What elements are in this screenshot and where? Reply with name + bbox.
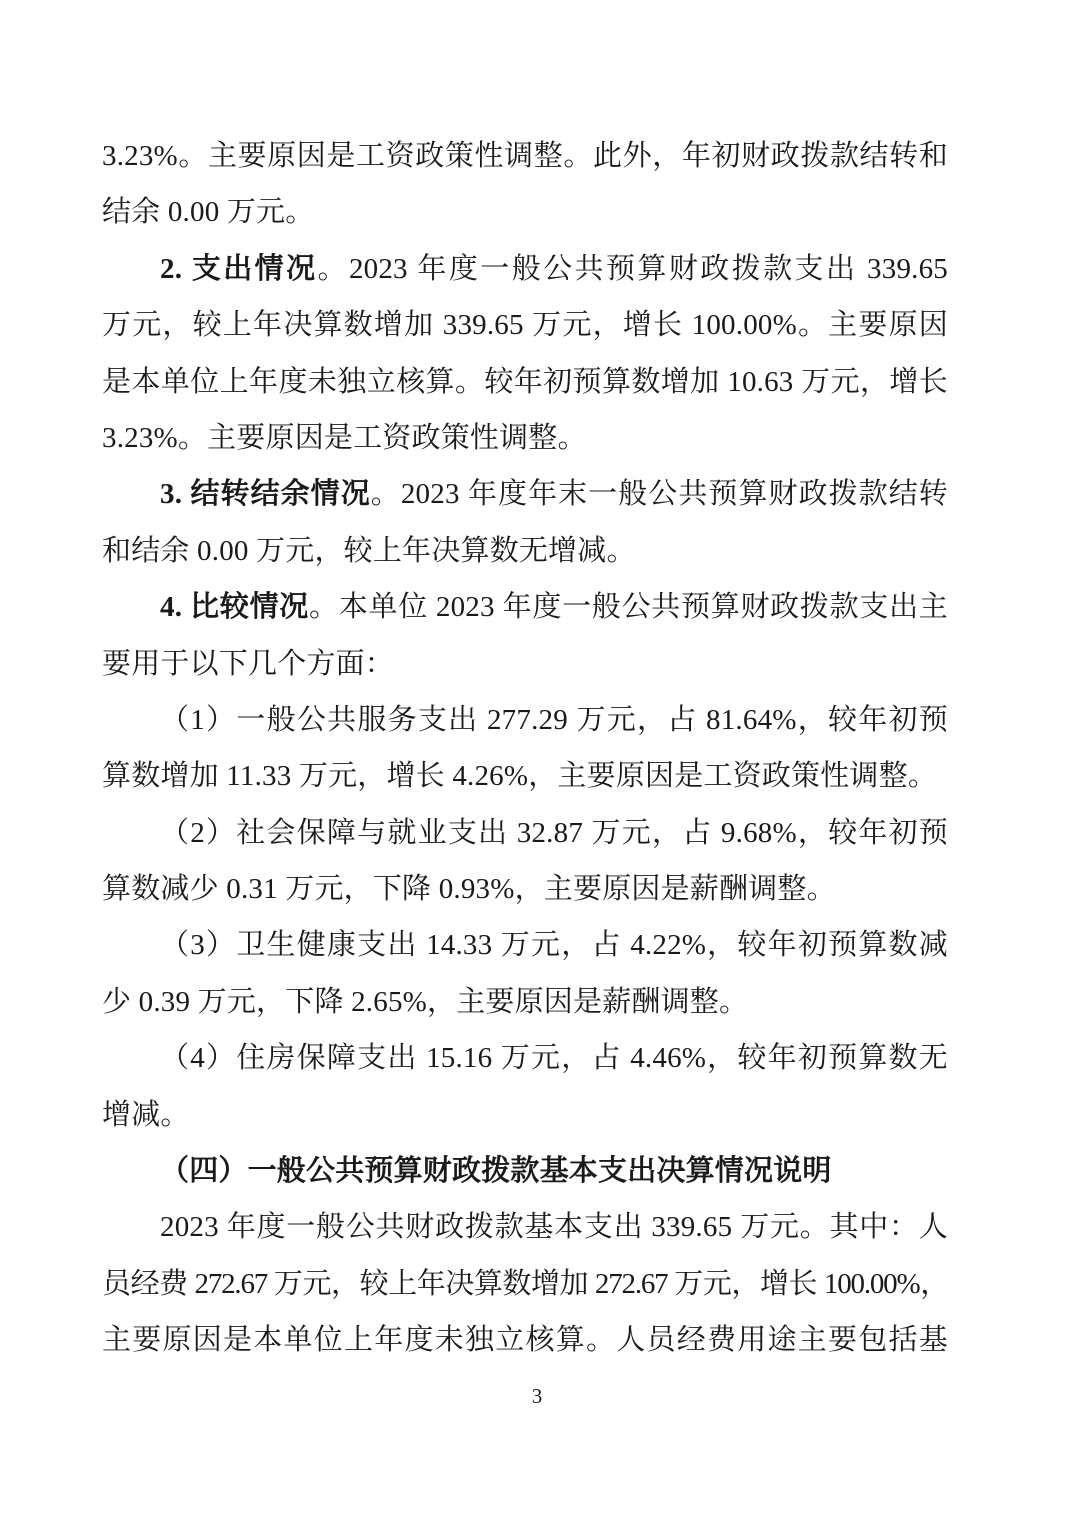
text-segment: 万元，较上年决算数增加 339.65 万元，增长 100.00%。主要原因: [102, 309, 948, 341]
text-segment: 员经费 272.67 万元，较上年决算数增加 272.67 万元，增长 100.…: [102, 1268, 948, 1300]
text-segment: 要用于以下几个方面：: [102, 648, 394, 680]
text-segment: 。本单位 2023 年度一般公共预算财政拨款支出主: [309, 591, 948, 623]
document-line: （1）一般公共服务支出 277.29 万元，占 81.64%，较年初预: [102, 692, 948, 748]
page-number: 3: [0, 1384, 1074, 1408]
document-line: 增减。: [102, 1087, 948, 1143]
text-segment: （4）住房保障支出 15.16 万元，占 4.46%，较年初预算数无: [160, 1042, 948, 1074]
text-segment: 3.23%。主要原因是工资政策性调整。: [102, 422, 587, 454]
document-body: 3.23%。主要原因是工资政策性调整。此外，年初财政拨款结转和结余 0.00 万…: [102, 128, 948, 1369]
document-line: 2. 支出情况。2023 年度一般公共预算财政拨款支出 339.65: [102, 241, 948, 297]
document-line: 3. 结转结余情况。2023 年度年末一般公共预算财政拨款结转: [102, 466, 948, 522]
document-line: 少 0.39 万元，下降 2.65%，主要原因是薪酬调整。: [102, 974, 948, 1030]
document-line: （四）一般公共预算财政拨款基本支出决算情况说明: [102, 1143, 948, 1199]
document-line: 要用于以下几个方面：: [102, 636, 948, 692]
text-segment: 主要原因是本单位上年度未独立核算。人员经费用途主要包括基: [102, 1324, 948, 1356]
document-line: 结余 0.00 万元。: [102, 184, 948, 240]
document-line: （4）住房保障支出 15.16 万元，占 4.46%，较年初预算数无: [102, 1030, 948, 1086]
text-segment: 少 0.39 万元，下降 2.65%，主要原因是薪酬调整。: [102, 986, 748, 1018]
document-line: 是本单位上年度未独立核算。较年初预算数增加 10.63 万元，增长: [102, 354, 948, 410]
document-line: 3.23%。主要原因是工资政策性调整。此外，年初财政拨款结转和: [102, 128, 948, 184]
text-segment: 。2023 年度年末一般公共预算财政拨款结转: [371, 478, 948, 510]
text-segment: 增减。: [102, 1099, 190, 1131]
document-line: （2）社会保障与就业支出 32.87 万元，占 9.68%，较年初预: [102, 805, 948, 861]
document-line: 主要原因是本单位上年度未独立核算。人员经费用途主要包括基: [102, 1312, 948, 1368]
document-line: 算数减少 0.31 万元，下降 0.93%，主要原因是薪酬调整。: [102, 861, 948, 917]
text-segment: 和结余 0.00 万元，较上年决算数无增减。: [102, 535, 636, 567]
text-segment: （2）社会保障与就业支出 32.87 万元，占 9.68%，较年初预: [160, 817, 948, 849]
text-segment: 结余 0.00 万元。: [102, 196, 314, 228]
bold-text-segment: 4. 比较情况: [160, 591, 309, 623]
text-segment: 算数减少 0.31 万元，下降 0.93%，主要原因是薪酬调整。: [102, 873, 836, 905]
document-line: 4. 比较情况。本单位 2023 年度一般公共预算财政拨款支出主: [102, 579, 948, 635]
document-line: 3.23%。主要原因是工资政策性调整。: [102, 410, 948, 466]
document-line: 万元，较上年决算数增加 339.65 万元，增长 100.00%。主要原因: [102, 297, 948, 353]
text-segment: 3.23%。主要原因是工资政策性调整。此外，年初财政拨款结转和: [102, 140, 948, 172]
text-segment: （3）卫生健康支出 14.33 万元，占 4.22%，较年初预算数减: [160, 929, 948, 961]
document-page: 3.23%。主要原因是工资政策性调整。此外，年初财政拨款结转和结余 0.00 万…: [0, 0, 1074, 1520]
bold-text-segment: （四）一般公共预算财政拨款基本支出决算情况说明: [160, 1155, 832, 1187]
bold-text-segment: 3. 结转结余情况: [160, 478, 371, 510]
text-segment: 算数增加 11.33 万元，增长 4.26%，主要原因是工资政策性调整。: [102, 760, 937, 792]
document-line: 和结余 0.00 万元，较上年决算数无增减。: [102, 523, 948, 579]
text-segment: 2023 年度一般公共财政拨款基本支出 339.65 万元。其中：人: [160, 1211, 948, 1243]
bold-text-segment: 2. 支出情况: [160, 253, 318, 285]
document-line: （3）卫生健康支出 14.33 万元，占 4.22%，较年初预算数减: [102, 917, 948, 973]
document-line: 2023 年度一般公共财政拨款基本支出 339.65 万元。其中：人: [102, 1199, 948, 1255]
text-segment: 。2023 年度一般公共预算财政拨款支出 339.65: [318, 253, 948, 285]
text-segment: 是本单位上年度未独立核算。较年初预算数增加 10.63 万元，增长: [102, 366, 948, 398]
document-line: 算数增加 11.33 万元，增长 4.26%，主要原因是工资政策性调整。: [102, 748, 948, 804]
document-line: 员经费 272.67 万元，较上年决算数增加 272.67 万元，增长 100.…: [102, 1256, 948, 1312]
text-segment: （1）一般公共服务支出 277.29 万元，占 81.64%，较年初预: [160, 704, 948, 736]
